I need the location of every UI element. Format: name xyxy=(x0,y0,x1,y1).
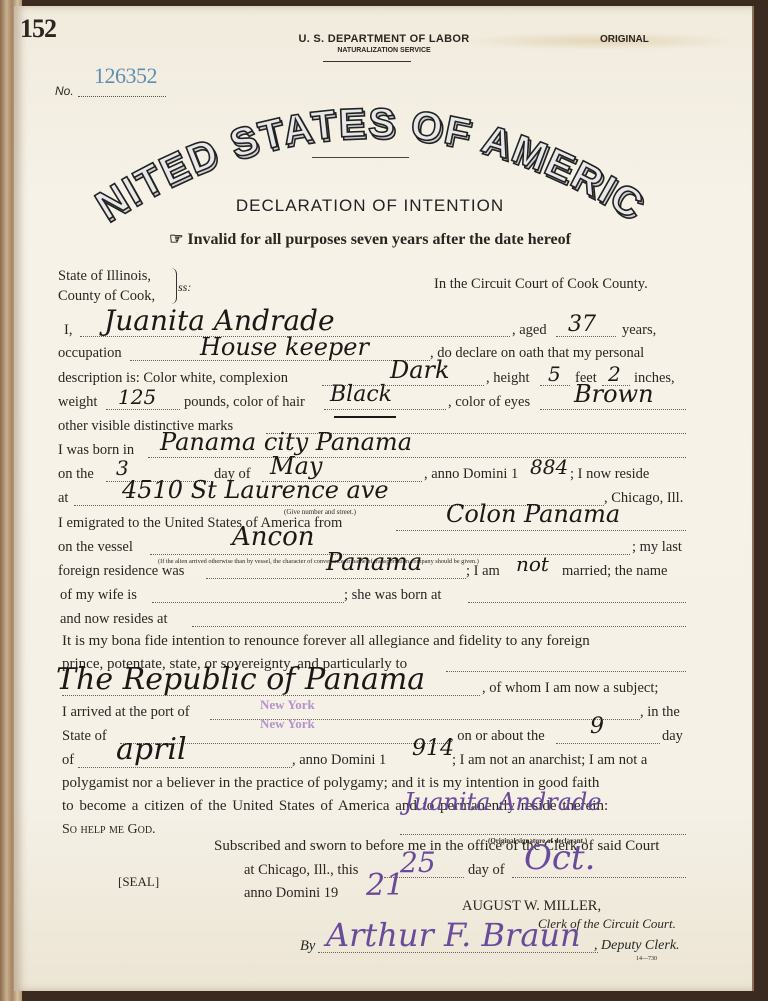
copy-type-label: ORIGINAL xyxy=(600,34,649,45)
state-stamp: New York xyxy=(260,716,315,732)
birthplace-field-line xyxy=(148,457,686,458)
vessel-hint: (If the alien arrived otherwise than by … xyxy=(158,558,479,565)
venue-county: County of Cook, xyxy=(58,288,155,305)
declarant-signature: Juanita Andrade xyxy=(404,788,602,816)
form-title: DECLARATION OF INTENTION xyxy=(0,196,740,216)
weight-field-line xyxy=(106,409,180,410)
department-heading: U. S. DEPARTMENT OF LABOR xyxy=(0,33,768,45)
form-code: 14—730 xyxy=(636,956,657,962)
hair-field-line xyxy=(324,409,446,410)
title-rule xyxy=(312,157,409,158)
port-stamp: New York xyxy=(260,697,315,713)
number-label: No. xyxy=(55,84,74,98)
wife-resides-label: and now resides at xyxy=(60,611,168,628)
page-edge xyxy=(752,6,754,991)
court-name: In the Circuit Court of Cook County. xyxy=(434,276,648,293)
vessel-label: on the vessel xyxy=(58,539,133,556)
service-heading: NATURALIZATION SERVICE xyxy=(0,47,768,54)
jurat-year-value: 21 xyxy=(366,868,404,903)
signature-line xyxy=(400,834,686,835)
residence-value: 4510 St Laurence ave xyxy=(122,476,389,504)
at-label: at xyxy=(58,490,68,507)
renounce-line-1: It is my bona fide intention to renounce… xyxy=(62,633,590,650)
jurat-at-label: at Chicago, Ill., this xyxy=(244,862,358,879)
jurat-day-of-label: day of xyxy=(468,862,505,879)
description-label: description is: Color white, complexion xyxy=(58,370,288,387)
jurat-month-value: Oct. xyxy=(524,838,595,878)
renounce-field-line xyxy=(446,671,686,672)
occupation-value: House keeper xyxy=(200,333,369,361)
i-label: I, xyxy=(64,322,72,339)
pointing-hand-icon: ☞ xyxy=(169,231,183,248)
weight-value: 125 xyxy=(118,385,156,409)
anno2-label: , anno Domini 1 xyxy=(292,752,386,769)
foreign-residence-value: Panama xyxy=(326,548,422,576)
eyes-field-line xyxy=(540,409,686,410)
about-label: , on or about the xyxy=(450,728,545,745)
validity-notice-text: Invalid for all purposes seven years aft… xyxy=(187,231,571,248)
anarchist-label: ; I am not an anarchist; I am not a xyxy=(452,752,647,769)
state-label: State of xyxy=(62,728,107,745)
jurat-day-value: 25 xyxy=(400,846,436,879)
pounds-hair-label: pounds, color of hair xyxy=(184,394,305,411)
emigrated-field-line xyxy=(396,530,686,531)
wife-born-label: ; she was born at xyxy=(344,587,441,604)
heading-rule xyxy=(323,61,411,62)
by-label: By xyxy=(300,938,315,955)
eyes-label: , color of eyes xyxy=(448,394,530,411)
of-label: of xyxy=(62,752,74,769)
sovereign-value: The Republic of Panama xyxy=(56,662,425,697)
height-feet-value: 5 xyxy=(548,362,561,386)
married-post-label: married; the name xyxy=(562,563,667,580)
anno-label: , anno Domini 1 xyxy=(424,466,518,483)
married-pre-label: ; I am xyxy=(466,563,500,580)
arrival-month-value: april xyxy=(116,732,187,767)
venue-ss: ss: xyxy=(178,280,191,295)
weight-label: weight xyxy=(58,394,97,411)
clerk-name: AUGUST W. MILLER, xyxy=(462,898,601,915)
wife-label: of my wife is xyxy=(60,587,137,604)
years-label: years, xyxy=(622,322,656,339)
complexion-value: Dark xyxy=(390,356,450,384)
height-label: , height xyxy=(486,370,530,387)
wife-residence-line xyxy=(192,626,686,627)
arrival-day-line xyxy=(556,743,660,744)
so-help-me-god: So help me God. xyxy=(62,822,156,838)
marks-dash xyxy=(334,416,396,418)
occupation-label: occupation xyxy=(58,345,122,362)
day-label: day xyxy=(662,728,683,745)
in-the-label: , in the xyxy=(640,704,680,721)
aged-label: , aged xyxy=(512,322,547,339)
foreign-residence-label: foreign residence was xyxy=(58,563,184,580)
wife-name-line xyxy=(152,602,344,603)
arrival-day-value: 9 xyxy=(590,714,604,739)
eye-color-value: Brown xyxy=(574,380,654,408)
venue-brace xyxy=(170,268,177,304)
arrival-month-line xyxy=(78,767,292,768)
oath-label: , do declare on oath that my personal xyxy=(430,345,644,362)
last-label: ; my last xyxy=(632,539,682,556)
deputy-title: , Deputy Clerk. xyxy=(594,938,680,954)
port-label: I arrived at the port of xyxy=(62,704,190,721)
married-status-value: not xyxy=(516,552,549,576)
foreign-residence-line xyxy=(206,578,466,579)
venue-state: State of Illinois, xyxy=(58,268,151,285)
emigrated-from-value: Colon Panama xyxy=(446,500,620,528)
wife-birthplace-line xyxy=(468,602,686,603)
subject-label: , of whom I am now a subject; xyxy=(482,680,658,697)
hair-color-value: Black xyxy=(330,382,392,407)
validity-notice: ☞ Invalid for all purposes seven years a… xyxy=(0,229,740,249)
age-value: 37 xyxy=(568,312,596,337)
arrival-year-value: 914 xyxy=(412,736,454,761)
seal-label: [SEAL] xyxy=(118,874,159,890)
vessel-value: Ancon xyxy=(232,522,314,552)
on-the-label: on the xyxy=(58,466,94,483)
reside-label: ; I now reside xyxy=(570,466,649,483)
jurat-anno-label: anno Domini 19 xyxy=(244,885,338,902)
birth-year-value: 884 xyxy=(530,455,568,479)
certificate-number-stamp: 126352 xyxy=(94,63,157,89)
deputy-signature: Arthur F. Braun xyxy=(326,916,581,954)
